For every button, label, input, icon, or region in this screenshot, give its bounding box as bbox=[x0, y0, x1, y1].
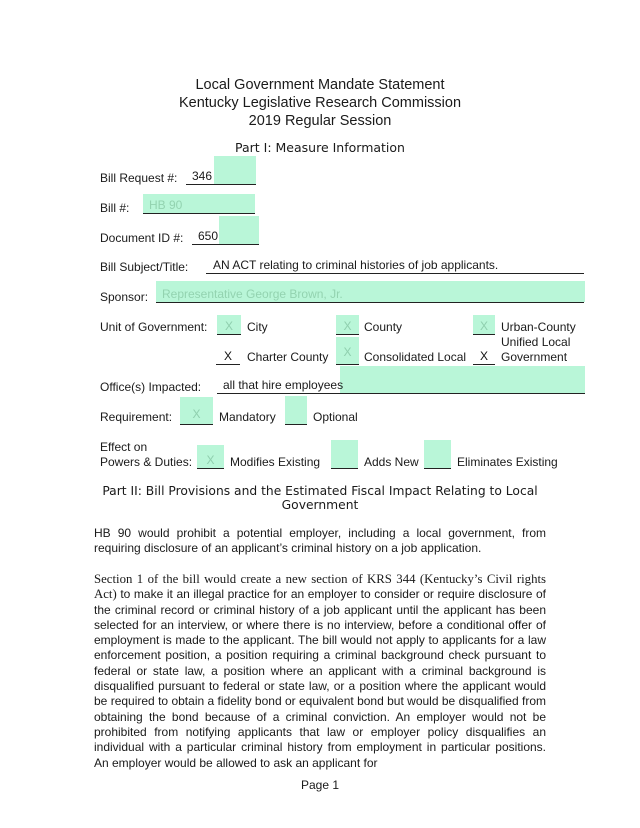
unit-county-label: County bbox=[364, 320, 402, 334]
unit-unified-local-checkbox[interactable]: X bbox=[473, 349, 495, 365]
page-number: Page 1 bbox=[0, 778, 640, 792]
requirement-optional-checkbox[interactable] bbox=[285, 396, 307, 425]
offices-impacted-label: Office(s) Impacted: bbox=[100, 380, 201, 394]
effect-adds-new-checkbox[interactable] bbox=[331, 440, 358, 469]
unit-consolidated-local-label: Consolidated Local bbox=[364, 350, 466, 364]
paragraph-section1-text: to make it an illegal practice for an em… bbox=[94, 587, 546, 769]
document-id-label: Document ID #: bbox=[100, 231, 183, 245]
unit-charter-county-label: Charter County bbox=[247, 350, 328, 364]
unit-unified-local-label-line2: Government bbox=[501, 350, 567, 364]
offices-impacted-value: all that hire employees bbox=[223, 378, 343, 392]
offices-impacted-field[interactable]: all that hire employees bbox=[217, 378, 585, 394]
requirement-label: Requirement: bbox=[100, 410, 172, 424]
bill-request-label: Bill Request #: bbox=[100, 171, 177, 185]
effect-eliminates-existing-label: Eliminates Existing bbox=[457, 455, 558, 469]
sponsor-value: Representative George Brown, Jr. bbox=[162, 287, 343, 301]
unit-city-label: City bbox=[247, 320, 268, 334]
sponsor-label: Sponsor: bbox=[100, 290, 148, 304]
subject-label: Bill Subject/Title: bbox=[100, 260, 188, 274]
unit-urban-county-checkbox[interactable]: X bbox=[473, 315, 495, 335]
document-session: 2019 Regular Session bbox=[0, 112, 640, 130]
paragraph-summary: HB 90 would prohibit a potential employe… bbox=[94, 526, 546, 557]
document-title: Local Government Mandate Statement bbox=[0, 76, 640, 94]
unit-unified-local-label-line1: Unified Local bbox=[501, 335, 570, 349]
bill-field[interactable]: HB 90 bbox=[143, 198, 255, 214]
document-id-field[interactable]: 650 bbox=[192, 229, 259, 245]
effect-label-line1: Effect on bbox=[100, 440, 147, 454]
unit-county-checkbox[interactable]: X bbox=[336, 315, 359, 335]
effect-label-line2: Powers & Duties: bbox=[100, 455, 192, 469]
bill-request-field[interactable]: 346 bbox=[186, 169, 256, 185]
document-organization: Kentucky Legislative Research Commission bbox=[0, 94, 640, 112]
subject-field[interactable]: AN ACT relating to criminal histories of… bbox=[206, 258, 584, 274]
part1-title: Part I: Measure Information bbox=[0, 140, 640, 155]
requirement-mandatory-label: Mandatory bbox=[219, 410, 276, 424]
document-id-value: 650 bbox=[198, 229, 218, 243]
subject-value: AN ACT relating to criminal histories of… bbox=[213, 258, 498, 272]
bill-label: Bill #: bbox=[100, 201, 129, 215]
bill-value: HB 90 bbox=[149, 198, 182, 212]
unit-city-checkbox[interactable]: X bbox=[217, 315, 241, 335]
bill-request-value: 346 bbox=[192, 169, 212, 183]
effect-modifies-existing-label: Modifies Existing bbox=[230, 455, 320, 469]
effect-adds-new-label: Adds New bbox=[364, 455, 419, 469]
requirement-mandatory-checkbox[interactable]: X bbox=[180, 397, 213, 425]
unit-charter-county-checkbox[interactable]: X bbox=[216, 349, 240, 365]
effect-modifies-existing-checkbox[interactable]: X bbox=[197, 445, 224, 469]
part2-title-line2: Government bbox=[0, 498, 640, 512]
sponsor-field[interactable]: Representative George Brown, Jr. bbox=[156, 287, 584, 303]
unit-of-government-label: Unit of Government: bbox=[100, 320, 207, 334]
unit-urban-county-label: Urban-County bbox=[501, 320, 576, 334]
paragraph-summary-text: HB 90 would prohibit a potential employe… bbox=[94, 526, 546, 555]
paragraph-section1: Section 1 of the bill would create a new… bbox=[94, 572, 546, 771]
requirement-optional-label: Optional bbox=[313, 410, 358, 424]
part2-title-line1: Part II: Bill Provisions and the Estimat… bbox=[0, 484, 640, 498]
unit-consolidated-local-checkbox[interactable]: X bbox=[336, 337, 359, 365]
effect-eliminates-existing-checkbox[interactable] bbox=[424, 440, 451, 469]
